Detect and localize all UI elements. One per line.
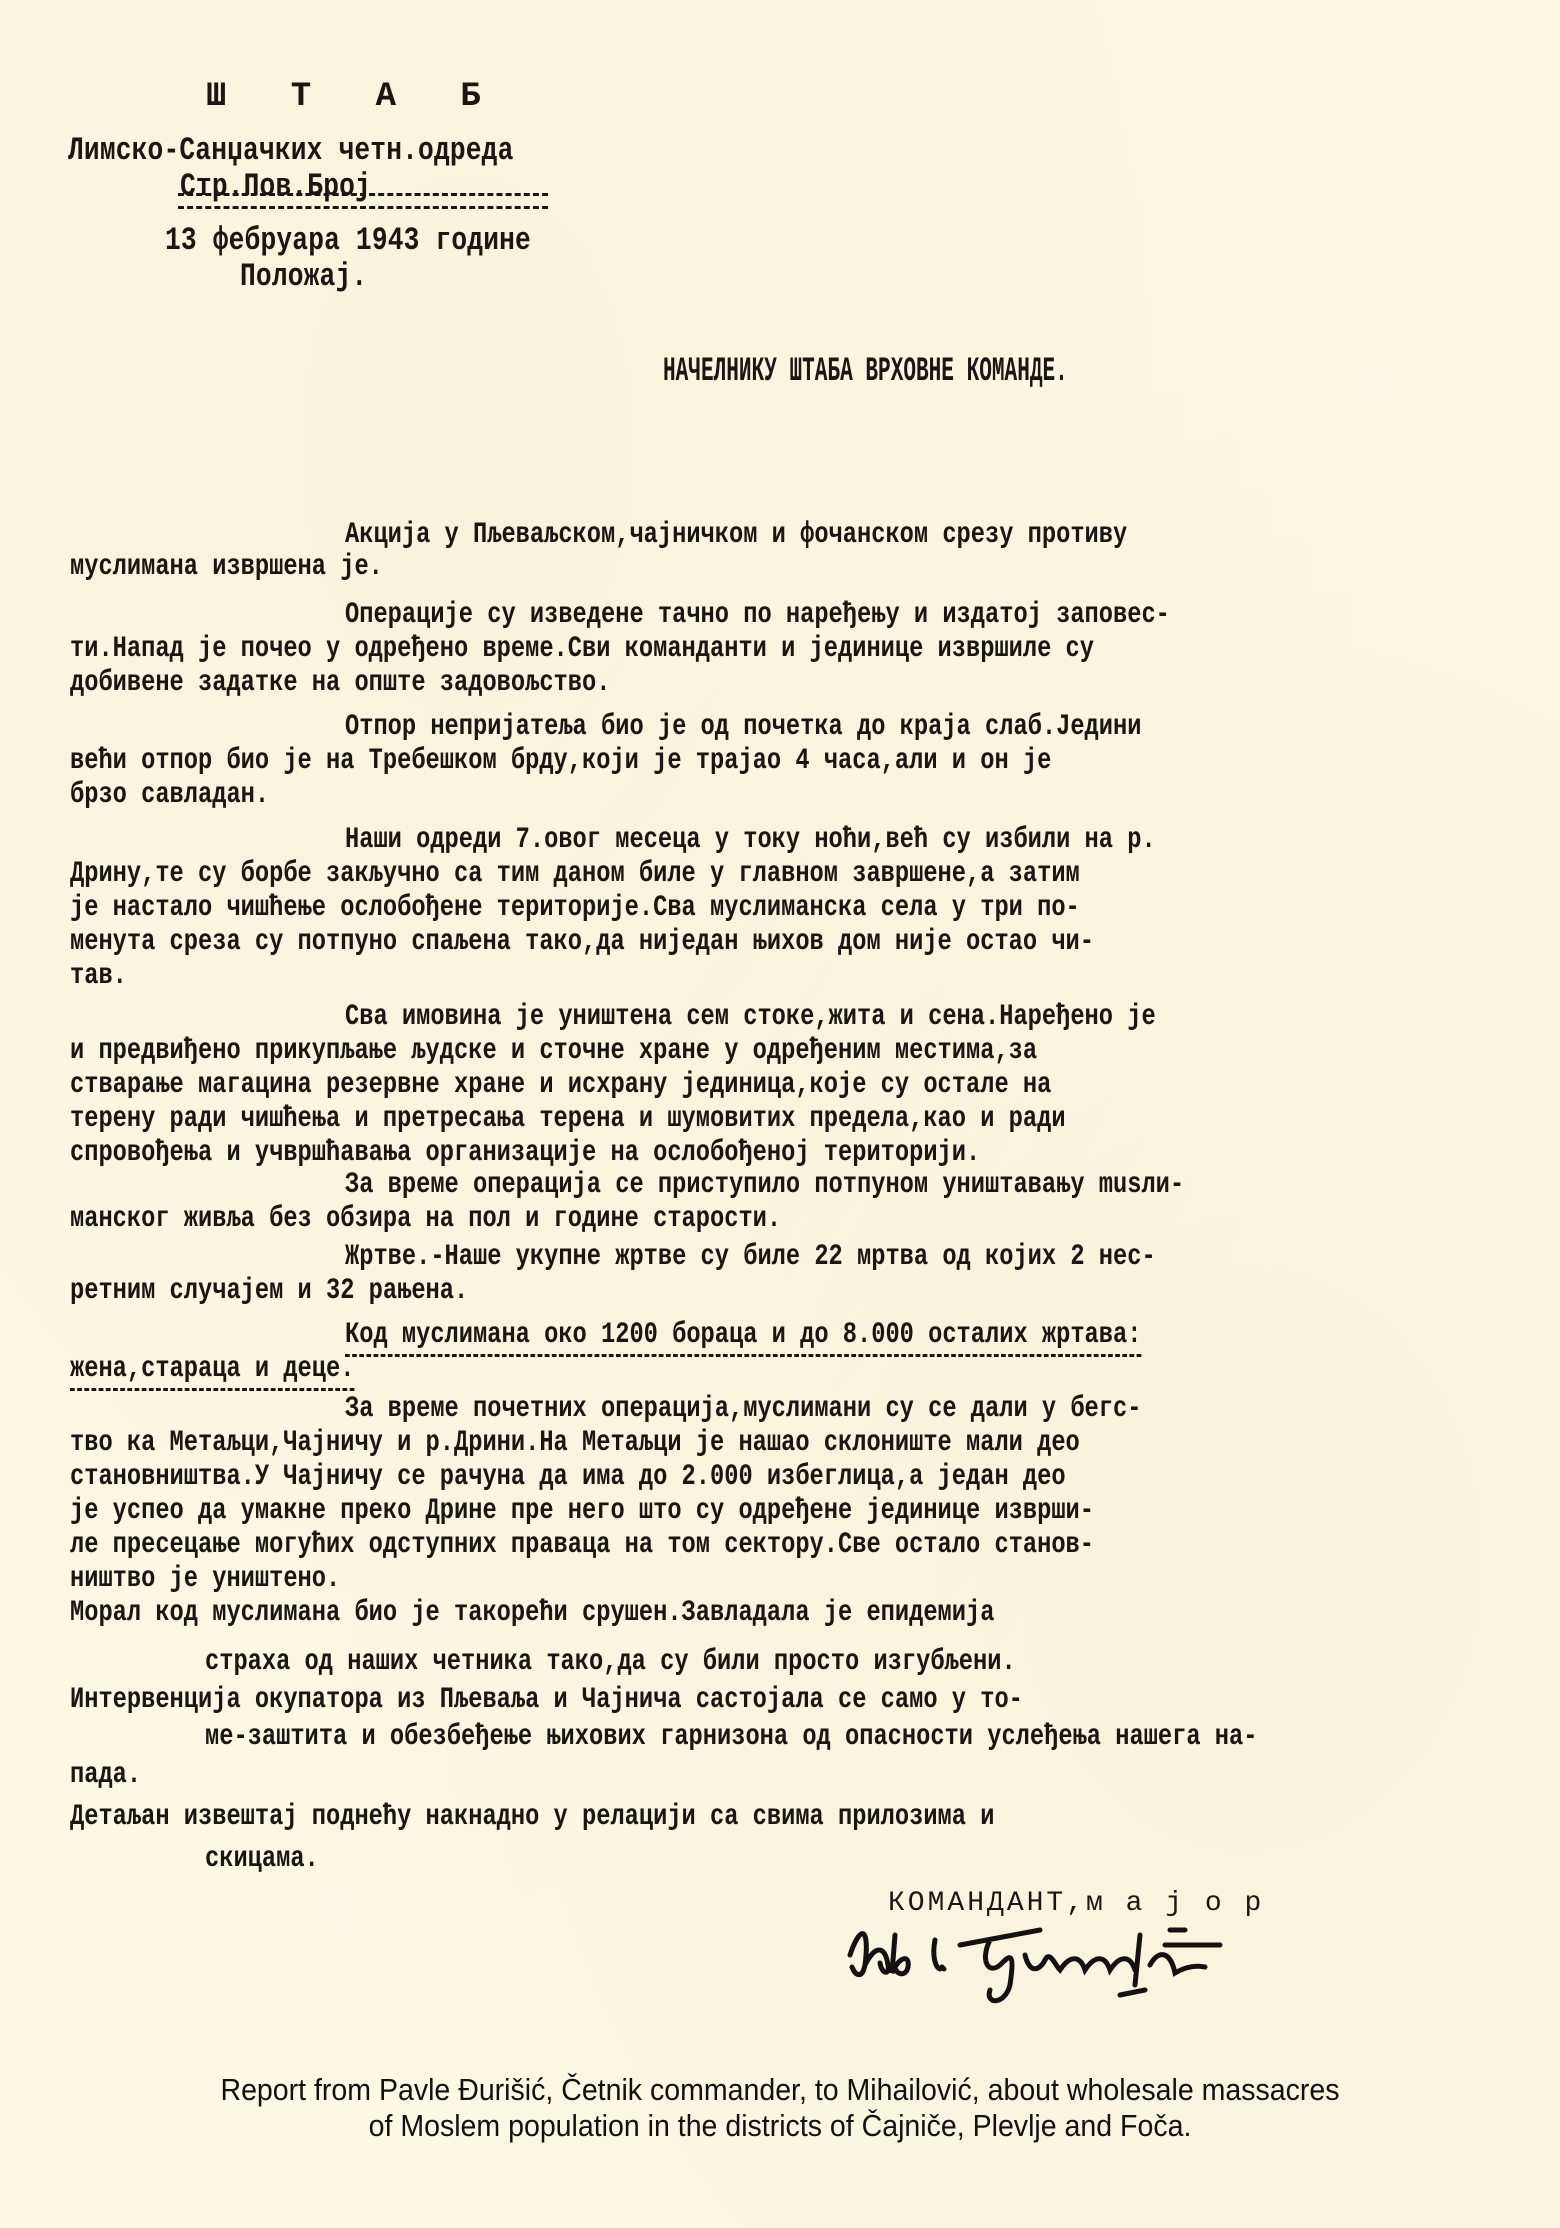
body-line: Интервенција окупатора из Пљеваља и Чајн… bbox=[70, 1683, 1023, 1717]
body-line: Отпор непријатеља био је од почетка до к… bbox=[345, 710, 1141, 744]
body-line: жена,стараца и деце. bbox=[70, 1352, 354, 1391]
body-line: је успео да умакне преко Дрине пре него … bbox=[70, 1494, 1094, 1528]
header-date: 13 фебруара 1943 године bbox=[165, 222, 531, 259]
body-line: муслимана извршена је. bbox=[70, 550, 383, 584]
header-unit: Лимско-Санџачких четн.одреда bbox=[68, 132, 514, 169]
header-location: Положај. bbox=[240, 258, 367, 295]
body-line: терену ради чишћења и претресања терена … bbox=[70, 1102, 1066, 1136]
addressee: НАЧЕЛНИКУ ШТАБА ВРХОВНЕ КОМАНДЕ. bbox=[663, 353, 1068, 391]
body-line: Детаљан извештај поднећу накнадно у рела… bbox=[70, 1800, 994, 1834]
body-line: становништва.У Чајничу се рачуна да има … bbox=[70, 1460, 1066, 1494]
body-line: брзо савладан. bbox=[70, 778, 269, 812]
header-title: Ш Т А Б bbox=[206, 78, 503, 116]
header-divider bbox=[178, 193, 548, 209]
body-line: спровођења и учвршћавања организације на… bbox=[70, 1136, 980, 1170]
caption-line-1: Report from Pavle Đurišić, Četnik comman… bbox=[62, 2072, 1497, 2108]
body-line: Код муслимана око 1200 бораца и до 8.000… bbox=[345, 1318, 1141, 1357]
handwritten-signature bbox=[840, 1905, 1260, 2020]
body-line: пада. bbox=[70, 1758, 141, 1792]
body-line: ти.Напад је почео у одређено време.Сви к… bbox=[70, 632, 1094, 666]
body-line: ме-заштита и обезбеђење њихових гарнизон… bbox=[205, 1720, 1257, 1754]
body-line: ретним случајем и 32 рањена. bbox=[70, 1274, 468, 1308]
body-line: је настало чишћење ослобођене територије… bbox=[70, 891, 1080, 925]
body-line: Наши одреди 7.овог месеца у току ноћи,ве… bbox=[345, 823, 1156, 857]
body-line: За време почетних операција,муслимани су… bbox=[345, 1392, 1141, 1426]
body-line: тав. bbox=[70, 959, 127, 993]
body-line: добивене задатке на опште задовољство. bbox=[70, 666, 610, 700]
body-line: скицама. bbox=[205, 1842, 319, 1876]
body-line: већи отпор био је на Требешком брду,који… bbox=[70, 744, 1051, 778]
body-line: ништво је уништено. bbox=[70, 1562, 340, 1596]
body-line: Дрину,те су борбе закључно са тим даном … bbox=[70, 857, 1080, 891]
body-line: Операције су изведене тачно по наређењу … bbox=[345, 598, 1170, 632]
body-line: тво ка Метаљци,Чајничу и р.Дрини.На Мета… bbox=[70, 1426, 1080, 1460]
body-line: За време операција се приступило потпуно… bbox=[345, 1168, 1184, 1202]
body-line: манског живља без обзира на пол и године… bbox=[70, 1202, 781, 1236]
body-line: Акција у Пљеваљском,чајничком и фочанско… bbox=[345, 518, 1127, 552]
body-line: Сва имовина је уништена сем стоке,жита и… bbox=[345, 1000, 1156, 1034]
body-line: Морал код муслимана био је такорећи сруш… bbox=[70, 1596, 994, 1630]
body-line: менута среза су потпуно спаљена тако,да … bbox=[70, 925, 1094, 959]
body-line: и предвиђено прикупљање људске и сточне … bbox=[70, 1034, 1037, 1068]
body-line: страха од наших четника тако,да су били … bbox=[205, 1645, 1016, 1679]
body-line: стварање магацина резервне хране и исхра… bbox=[70, 1068, 1051, 1102]
caption-line-2: of Moslem population in the districts of… bbox=[62, 2108, 1497, 2144]
body-line: Жртве.-Наше укупне жртве су биле 22 мртв… bbox=[345, 1240, 1156, 1274]
body-line: ле пресецање могућих одступних праваца н… bbox=[70, 1528, 1094, 1562]
